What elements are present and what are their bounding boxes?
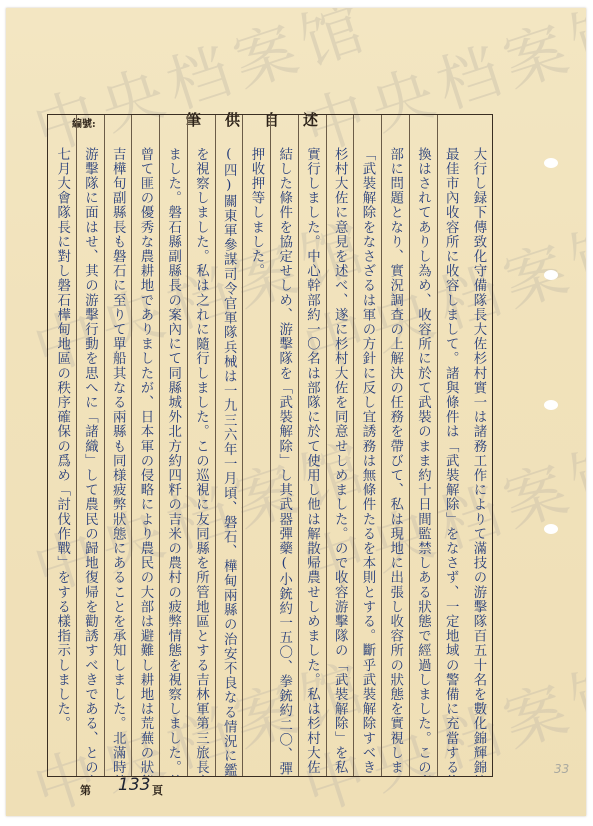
text-column: 結した條件を協定せしめ、游擊隊を「武裝解除」し其武器彈藥(小銃約一五〇、拳銃約二… — [270, 115, 298, 776]
page-suffix: 頁 — [152, 782, 163, 798]
text-column: 游擊隊に面はせ、其の游擊行動を思へに「諸織」して農民の歸地復帰を勸誘すべきである… — [76, 115, 104, 776]
text-column: (四)關東軍參謀司令官軍隊兵械は一九三六年一月頃、磐石、樺甸兩縣の治安不良なる情… — [215, 115, 243, 776]
punch-hole — [544, 524, 558, 534]
text-column: 最佳市內收容所に收容しまして。諸與條件は「武裝解除」をなさず、一定地域の警備に充… — [437, 115, 465, 776]
text-column: 大行し録下傳致化守備隊長大佐杉村實一は諸務工作によりて滿技の游擊隊百五十名を數化… — [464, 115, 492, 776]
punch-hole — [544, 400, 558, 410]
text-column: 部に問題となり、實況調查の上解決の任務を帶びて、私は現地に出張し收容所の狀態を實… — [381, 115, 409, 776]
text-column: 實行しました。中心幹部約一〇名は部隊に於て使用し他は解散帰農せしめました。私は杉… — [298, 115, 326, 776]
manuscript-grid: 大行し録下傳致化守備隊長大佐杉村實一は諸務工作によりて滿技の游擊隊百五十名を數化… — [47, 114, 493, 777]
document-page: 中央档案馆 中央档案馆 中央档案馆 中央档案馆 中央档案馆 中央档案馆 中央档案… — [6, 8, 586, 816]
punch-hole — [544, 158, 558, 168]
text-column: ました。磐石縣副縣長の案內にて同縣城外北方約四粁の吉米の農村の疲弊情態を視察しま… — [159, 115, 187, 776]
text-column: 杉村大佐に意見を述べ、遂に杉村大佐を同意せしめました。ので收容游擊隊の「武裝解除… — [326, 115, 354, 776]
text-column: 七月大會隊長に對し磐石樺甸地區の秩序確保の爲め「討伐作戰」をする樣指示しました。 — [48, 115, 76, 776]
archive-number: 33 — [554, 762, 569, 776]
text-column: 換はされてありし為め、收容所に於て武裝のまま約十日間監禁しある狀態で經過しました… — [409, 115, 437, 776]
text-column: 吉樺旬副縣長も磐石に至りて單船其なる兩縣も同様疲弊狀態にあることを承知しました。… — [104, 115, 132, 776]
punch-hole — [544, 270, 558, 280]
page-prefix: 第 — [80, 782, 91, 798]
text-column: 押收押等しました。 — [242, 115, 270, 776]
text-column: 曾て匪の優秀な農耕地でありましたが、日本軍の侵略により農民の大部は避難し耕地は荒… — [131, 115, 159, 776]
page-number: 133 — [118, 775, 150, 795]
text-column: を視察しました。私は之れに隨行しました。この巡視に友同縣を所管地區とする吉林軍第… — [187, 115, 215, 776]
text-column: 「武裝解除をなさざるは軍の方針に反し宜誘務は無條件たるを本則とする。斷乎武裝解除… — [353, 115, 381, 776]
